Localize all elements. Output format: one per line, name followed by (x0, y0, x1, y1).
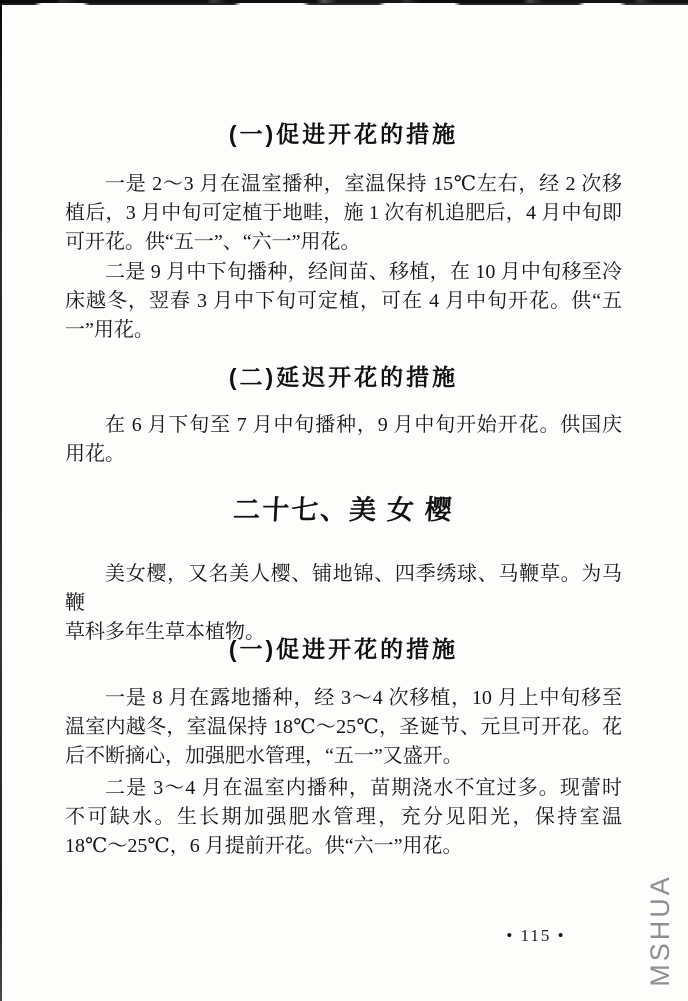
section-heading-promote-flowering-1: (一)促进开花的措施 (65, 121, 622, 147)
body-line: 温室内越冬，室温保持 18℃～25℃，圣诞节、元旦可开花。花 (65, 713, 622, 742)
paragraph: 二是 9 月中下旬播种，经间苗、移植，在 10 月中旬移至冷 床越冬，翌春 3 … (65, 258, 622, 345)
scan-edge-artifact-top-2 (0, 3, 688, 5)
section-heading-promote-flowering-2: (一)促进开花的措施 (65, 636, 622, 662)
body-line: 植后，3 月中旬可定植于地畦，施 1 次有机追肥后，4 月中旬即 (65, 199, 622, 228)
body-line: 18℃～25℃，6 月提前开花。供“六一”用花。 (65, 832, 622, 861)
body-line: 一是 8 月在露地播种，经 3～4 次移植，10 月上中旬移至 (65, 684, 622, 713)
watermark-text: MSHUA (645, 874, 676, 987)
body-line: 后不断摘心，加强肥水管理，“五一”又盛开。 (65, 742, 622, 771)
body-line: 一是 2～3 月在温室播种，室温保持 15℃左右，经 2 次移 (65, 170, 622, 199)
paragraph: 在 6 月下旬至 7 月中旬播种，9 月中旬开始开花。供国庆 用花。 (65, 411, 622, 469)
scan-edge-artifact-left (0, 0, 2, 1001)
page-number: • 115 • (480, 925, 592, 947)
body-line: 可开花。供“五一”、“六一”用花。 (65, 228, 622, 257)
body-line: 用花。 (65, 440, 622, 469)
watermark: MSHUA (608, 874, 688, 986)
chapter-title-verbena: 二十七、美 女 樱 (64, 492, 623, 528)
body-line: 床越冬，翌春 3 月中下旬可定植，可在 4 月中旬开花。供“五 (65, 287, 622, 316)
body-line: 二是 9 月中下旬播种，经间苗、移植，在 10 月中旬移至冷 (65, 258, 622, 287)
paragraph: 一是 8 月在露地播种，经 3～4 次移植，10 月上中旬移至 温室内越冬，室温… (65, 684, 622, 771)
section-heading-delay-flowering: (二)延迟开花的措施 (65, 364, 622, 390)
paragraph: 一是 2～3 月在温室播种，室温保持 15℃左右，经 2 次移 植后，3 月中旬… (65, 170, 622, 257)
body-line: 一”用花。 (65, 316, 622, 345)
paragraph: 美女樱，又名美人樱、铺地锦、四季绣球、马鞭草。为马鞭 草科多年生草本植物。 (65, 560, 622, 647)
body-line: 在 6 月下旬至 7 月中旬播种，9 月中旬开始开花。供国庆 (65, 411, 622, 440)
paragraph: 二是 3～4 月在温室内播种，苗期浇水不宜过多。现蕾时 不可缺水。生长期加强肥水… (65, 774, 622, 861)
body-line: 二是 3～4 月在温室内播种，苗期浇水不宜过多。现蕾时 (65, 774, 622, 803)
body-line: 美女樱，又名美人樱、铺地锦、四季绣球、马鞭草。为马鞭 (65, 560, 622, 618)
scanned-book-page: (一)促进开花的措施 一是 2～3 月在温室播种，室温保持 15℃左右，经 2 … (0, 0, 688, 1001)
body-line: 不可缺水。生长期加强肥水管理，充分见阳光，保持室温 (65, 803, 622, 832)
